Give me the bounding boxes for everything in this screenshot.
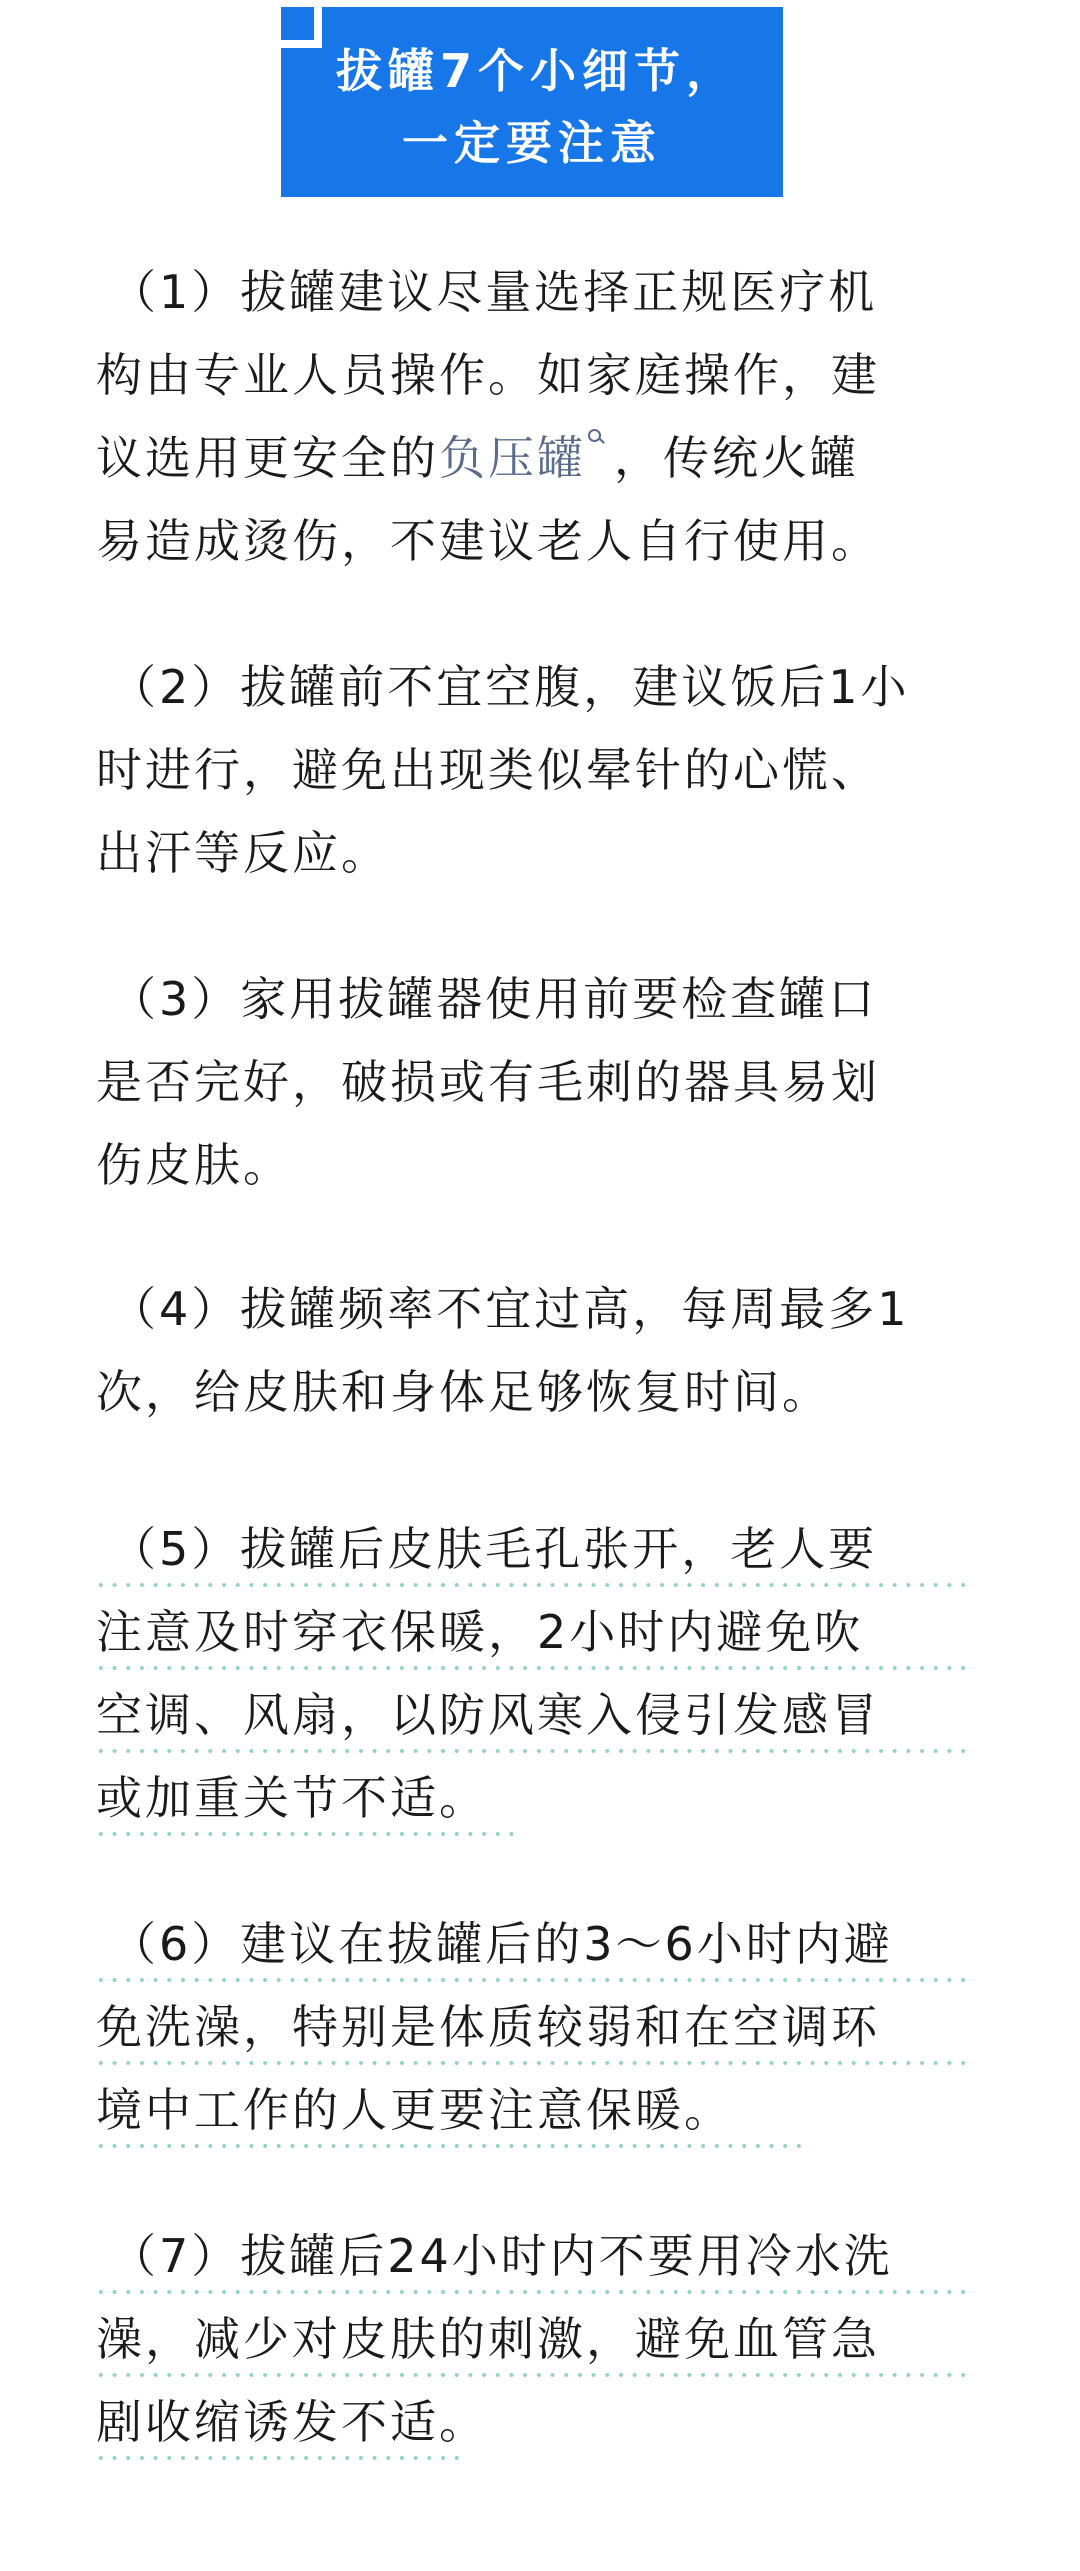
tip-1-line-3-text: 议选用更安全的 — [96, 431, 439, 485]
negative-pressure-cup-link[interactable]: 负压罐 — [439, 431, 586, 485]
tip-item-3: （3）家用拔罐器使用前要检查罐口 是否完好，破损或有毛刺的器具易划 伤皮肤。 — [96, 958, 971, 1207]
tip-1-line-1: （1）拔罐建议尽量选择正规医疗机 — [96, 251, 985, 334]
tip-6-line-2: 免洗澡，特别是体质较弱和在空调环 — [96, 1986, 971, 2069]
tip-1-line-3: 议选用更安全的负压罐，传统火罐 — [96, 417, 985, 500]
tip-5-line-3: 空调、风扇，以防风寒入侵引发感冒 — [96, 1674, 971, 1757]
tip-6-line-3: 境中工作的人更要注意保暖。 — [96, 2069, 971, 2152]
tip-5-line-4: 或加重关节不适。 — [96, 1757, 971, 1840]
tip-7-line-3: 剧收缩诱发不适。 — [96, 2381, 971, 2464]
tip-4-line-1: （4）拔罐频率不宜过高，每周最多1 — [96, 1268, 971, 1351]
tip-2-line-1: （2）拔罐前不宜空腹，建议饭后1小 — [96, 646, 971, 729]
tip-item-1: （1）拔罐建议尽量选择正规医疗机 构由专业人员操作。如家庭操作，建 议选用更安全… — [110, 251, 985, 583]
tip-3-line-3: 伤皮肤。 — [96, 1124, 971, 1207]
title-line-1: 拔罐7个小细节， — [281, 41, 783, 101]
tip-5-line-2: 注意及时穿衣保暖，2小时内避免吹 — [96, 1591, 971, 1674]
tip-4-line-2: 次，给皮肤和身体足够恢复时间。 — [96, 1351, 971, 1434]
tip-item-2: （2）拔罐前不宜空腹，建议饭后1小 时进行，避免出现类似晕针的心慌、 出汗等反应… — [96, 646, 971, 895]
tip-item-6: （6）建议在拔罐后的3～6小时内避 免洗澡，特别是体质较弱和在空调环 境中工作的… — [96, 1903, 971, 2152]
tip-2-line-3: 出汗等反应。 — [96, 812, 971, 895]
tip-2-line-2: 时进行，避免出现类似晕针的心慌、 — [96, 729, 971, 812]
tip-item-7: （7）拔罐后24小时内不要用冷水洗 澡，减少对皮肤的刺激，避免血管急 剧收缩诱发… — [96, 2215, 971, 2464]
title-line-2: 一定要注意 — [281, 113, 783, 173]
tip-item-5: （5）拔罐后皮肤毛孔张开，老人要 注意及时穿衣保暖，2小时内避免吹 空调、风扇，… — [96, 1508, 971, 1840]
tip-1-line-2: 构由专业人员操作。如家庭操作，建 — [96, 334, 985, 417]
tip-6-line-1: （6）建议在拔罐后的3～6小时内避 — [96, 1903, 971, 1986]
tip-1-line-3-rest: ，传统火罐 — [614, 431, 859, 485]
tip-7-line-2: 澡，减少对皮肤的刺激，避免血管急 — [96, 2298, 971, 2381]
tip-5-line-1: （5）拔罐后皮肤毛孔张开，老人要 — [96, 1508, 971, 1591]
tip-1-line-4: 易造成烫伤，不建议老人自行使用。 — [96, 500, 985, 583]
search-icon[interactable] — [588, 429, 604, 451]
tip-3-line-2: 是否完好，破损或有毛刺的器具易划 — [96, 1041, 971, 1124]
tip-7-line-1: （7）拔罐后24小时内不要用冷水洗 — [96, 2215, 971, 2298]
tip-3-line-1: （3）家用拔罐器使用前要检查罐口 — [96, 958, 971, 1041]
title-banner: 拔罐7个小细节， 一定要注意 — [281, 7, 783, 197]
tip-item-4: （4）拔罐频率不宜过高，每周最多1 次，给皮肤和身体足够恢复时间。 — [96, 1268, 971, 1434]
